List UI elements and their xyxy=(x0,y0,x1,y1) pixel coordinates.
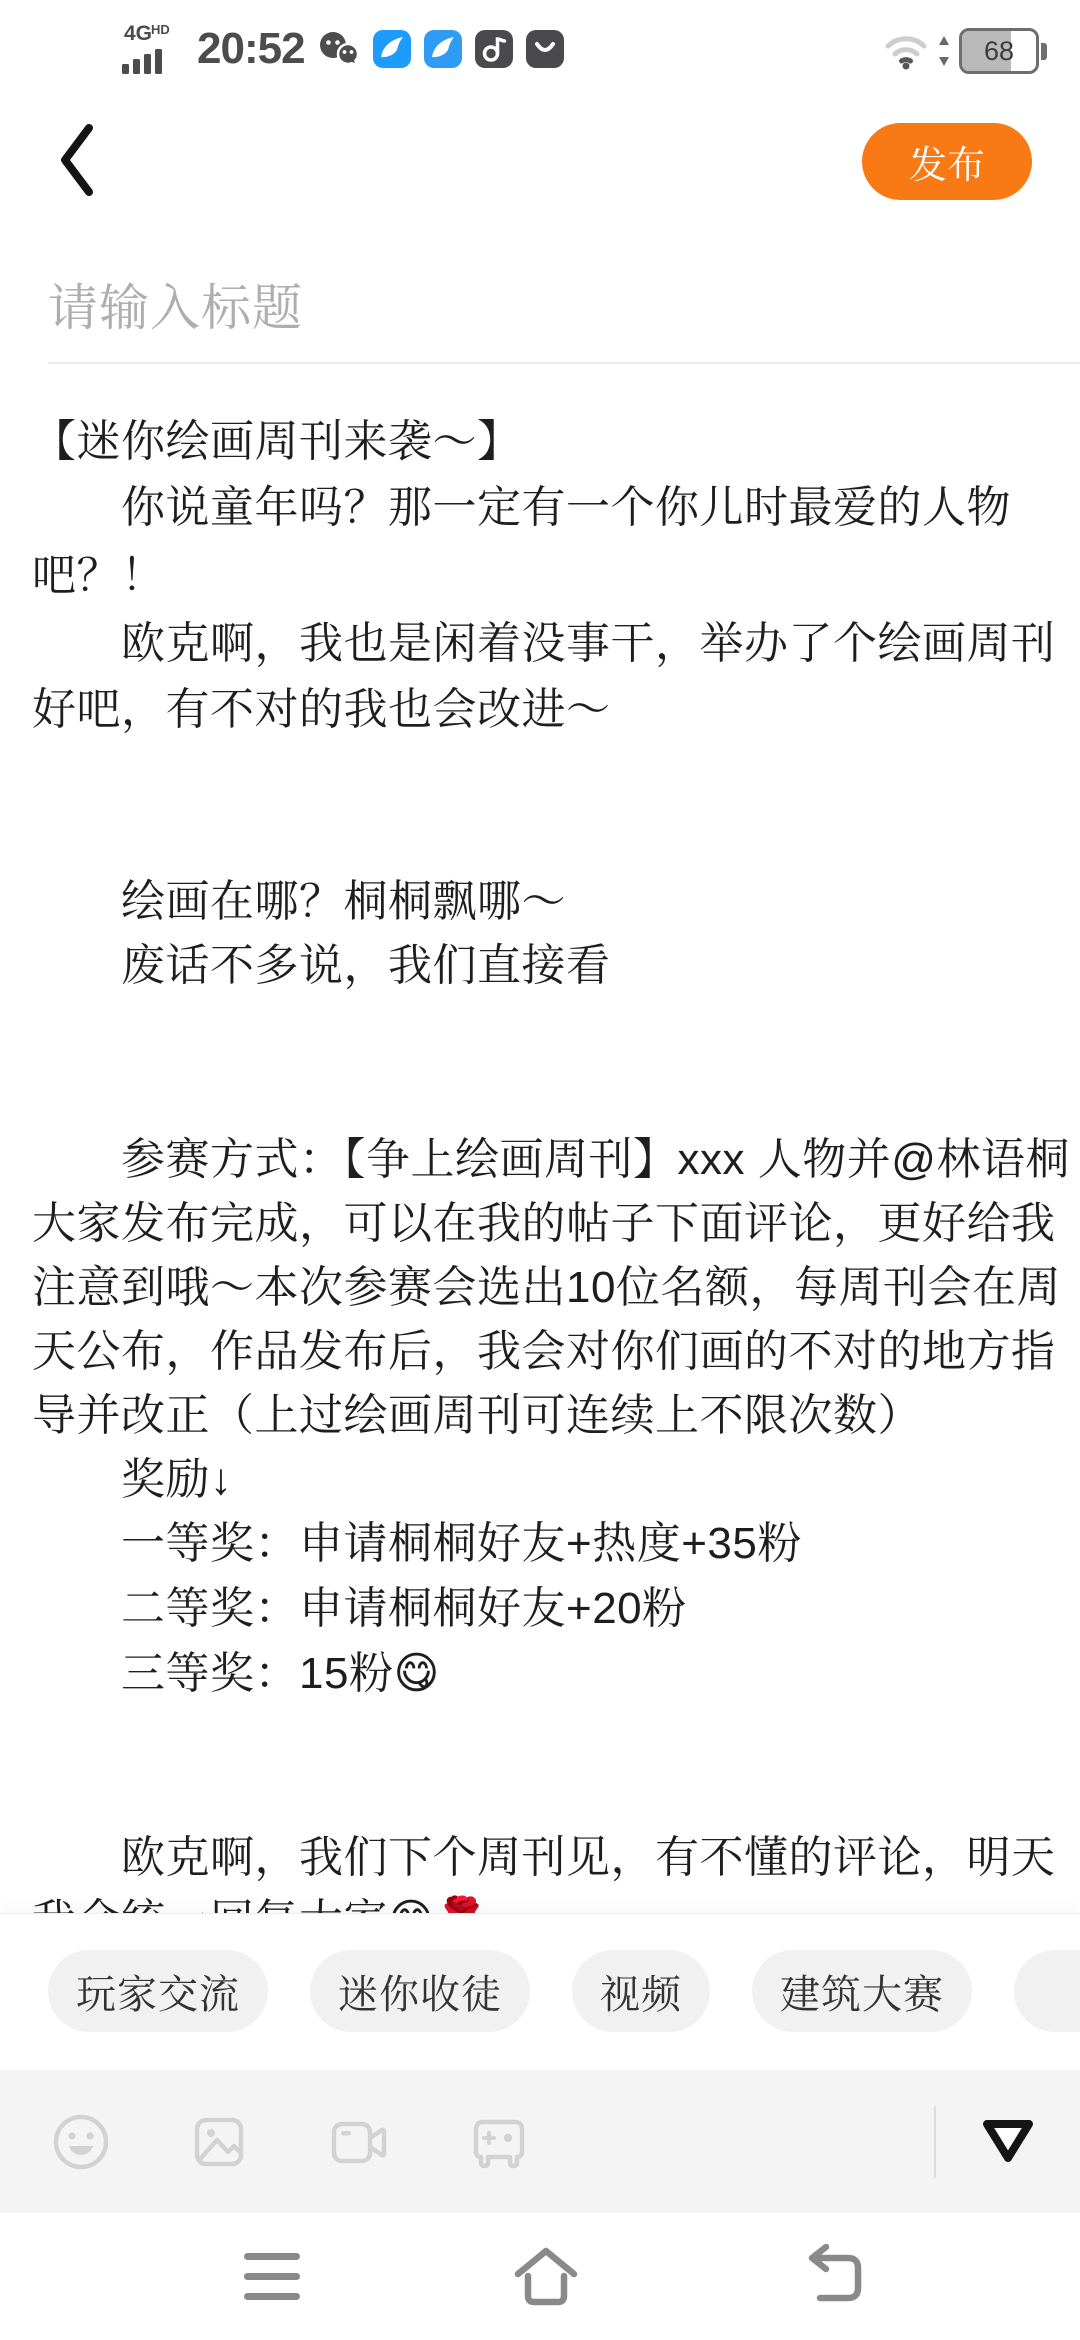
music-note-icon xyxy=(475,30,513,68)
recents-menu-button[interactable] xyxy=(212,2213,332,2340)
wifi-icon xyxy=(883,31,929,71)
game-button[interactable] xyxy=(470,2113,528,2171)
body-line: 导并改正（上过绘画周刊可连续上不限次数） xyxy=(32,1384,1052,1448)
smile-bag-icon xyxy=(526,30,564,68)
signal-bars-icon xyxy=(122,49,162,74)
video-button[interactable] xyxy=(328,2113,390,2171)
publish-button[interactable]: 发布 xyxy=(862,123,1032,200)
title-input[interactable]: 请输入标题 xyxy=(48,268,1038,328)
collapse-keyboard-button[interactable] xyxy=(980,2116,1036,2166)
game-controller-icon xyxy=(470,2113,528,2171)
tag-chip-partial[interactable] xyxy=(1014,1950,1080,2032)
battery-icon: 68 xyxy=(959,28,1047,74)
screen: 4G HD 20:52 xyxy=(0,0,1080,2340)
android-navbar xyxy=(0,2213,1080,2340)
menu-icon xyxy=(244,2253,300,2300)
wing-icon xyxy=(373,30,411,68)
body-line: 吧？！ xyxy=(32,544,1052,608)
body-line: 一等奖：申请桐桐好友+热度+35粉 xyxy=(32,1512,1052,1576)
wing-icon xyxy=(424,30,462,68)
body-line: 绘画在哪？桐桐飘哪～ xyxy=(32,870,1052,934)
image-button[interactable] xyxy=(190,2113,248,2171)
tag-chip-video[interactable]: 视频 xyxy=(572,1950,710,2032)
tag-chip-building-contest[interactable]: 建筑大赛 xyxy=(752,1950,972,2032)
arrows-updown-icon xyxy=(938,34,950,68)
body-line: 欧克啊，我也是闲着没事干，举办了个绘画周刊 xyxy=(32,612,1052,676)
body-line: 【迷你绘画周刊来袭～】 xyxy=(32,410,1052,474)
network-hd-label: HD xyxy=(151,22,170,37)
status-left-cluster: 4G HD 20:52 xyxy=(118,20,564,78)
body-line: 参赛方式：【争上绘画周刊】xxx 人物并@林语桐 xyxy=(32,1128,1052,1192)
video-icon xyxy=(328,2113,390,2171)
home-button[interactable] xyxy=(486,2213,606,2340)
wechat-icon xyxy=(318,30,360,68)
back-button[interactable] xyxy=(46,118,106,204)
body-line: 你说童年吗？那一定有一个你儿时最爱的人物 xyxy=(32,476,1052,540)
battery-percent-label: 68 xyxy=(962,31,1036,71)
back-nav-button[interactable] xyxy=(772,2213,892,2340)
image-icon xyxy=(190,2113,248,2171)
chevron-left-icon xyxy=(53,120,99,200)
collapse-triangle-icon xyxy=(980,2116,1036,2166)
body-line: 三等奖：15粉😋 xyxy=(32,1642,1052,1706)
body-line: 废话不多说，我们直接看 xyxy=(32,934,1052,998)
cell-signal-icon: 4G HD xyxy=(118,22,184,76)
network-type-label: 4G xyxy=(124,22,152,46)
body-line: 奖励↓ xyxy=(32,1448,1052,1512)
clock-label: 20:52 xyxy=(197,24,305,74)
body-line: 大家发布完成，可以在我的帖子下面评论，更好给我 xyxy=(32,1192,1052,1256)
home-icon xyxy=(506,2244,586,2310)
tag-sheet: 玩家交流 迷你收徒 视频 建筑大赛 xyxy=(0,1913,1080,2071)
emoji-icon xyxy=(52,2113,110,2171)
body-line: 二等奖：申请桐桐好友+20粉 xyxy=(32,1577,1052,1641)
body-line: 天公布，作品发布后，我会对你们画的不对的地方指 xyxy=(32,1320,1052,1384)
toolbar-divider xyxy=(934,2106,936,2178)
tag-chip-row: 玩家交流 迷你收徒 视频 建筑大赛 xyxy=(48,1950,1080,2032)
emoji-button[interactable] xyxy=(52,2113,110,2171)
back-icon xyxy=(796,2244,868,2310)
tag-chip-player-exchange[interactable]: 玩家交流 xyxy=(48,1950,268,2032)
attachment-toolbar xyxy=(0,2070,1080,2213)
body-line: 好吧，有不对的我也会改进～ xyxy=(32,678,1052,742)
body-line: 欧克啊，我们下个周刊见，有不懂的评论，明天 xyxy=(32,1826,1052,1890)
tag-chip-mini-apprentice[interactable]: 迷你收徒 xyxy=(310,1950,530,2032)
title-divider xyxy=(48,362,1080,364)
status-bar: 4G HD 20:52 xyxy=(0,0,1080,84)
status-right-cluster: 68 xyxy=(883,26,1047,76)
body-line: 注意到哦～本次参赛会选出10位名额，每周刊会在周 xyxy=(32,1256,1052,1320)
